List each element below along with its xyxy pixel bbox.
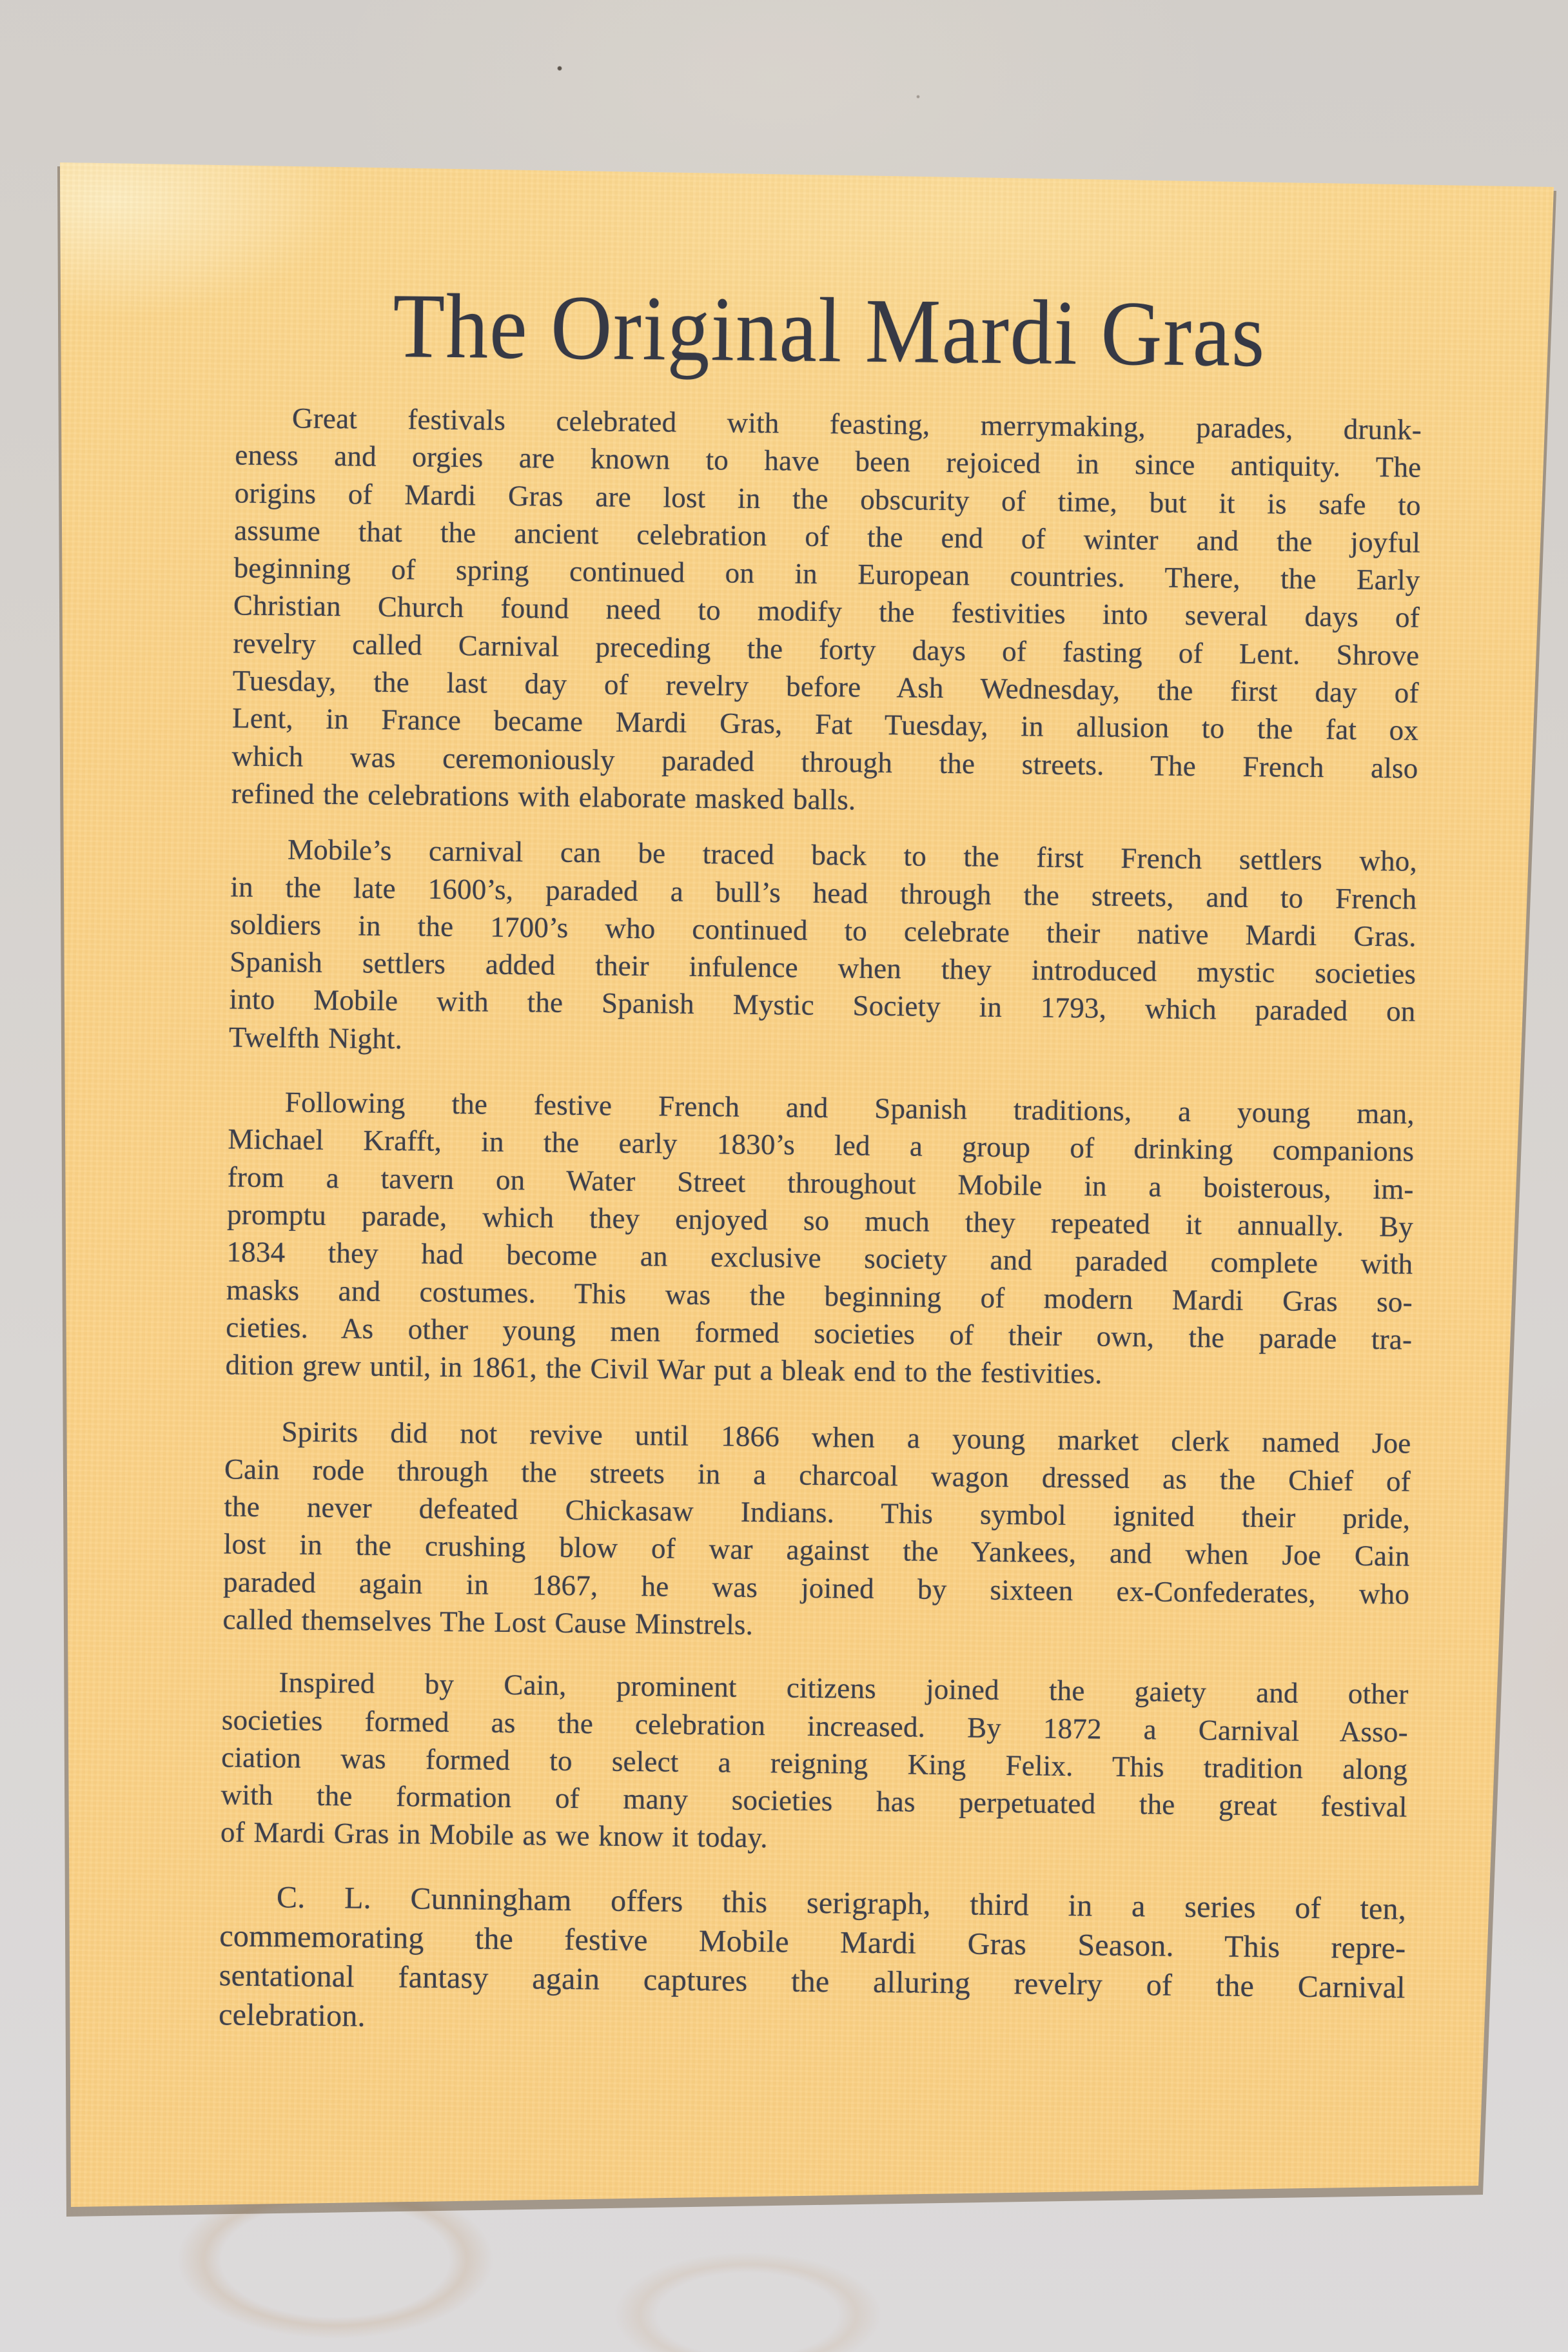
page-title: The Original Mardi Gras [236,275,1423,384]
paragraph-3: Following the festive French and Spanish… [225,1083,1415,1396]
paragraph-5: Inspired by Cain, prominent citizens joi… [220,1663,1409,1864]
document-content: The Original Mardi Gras Great festivals … [219,0,1426,2046]
paragraph-6: C. L. Cunningham offers this serigraph, … [219,1877,1406,2046]
paper-sheet: The Original Mardi Gras Great festivals … [0,0,1568,2352]
paragraph-4: Spirits did not revive until 1866 when a… [222,1413,1411,1651]
paragraph-1: Great festivals celebrated with feasting… [231,398,1422,824]
page-title-text: The Original Mardi Gras [393,277,1266,383]
paragraph-2: Mobile’s carnival can be traced back to … [229,830,1418,1068]
photo-backdrop: The Original Mardi Gras Great festivals … [0,0,1568,2352]
